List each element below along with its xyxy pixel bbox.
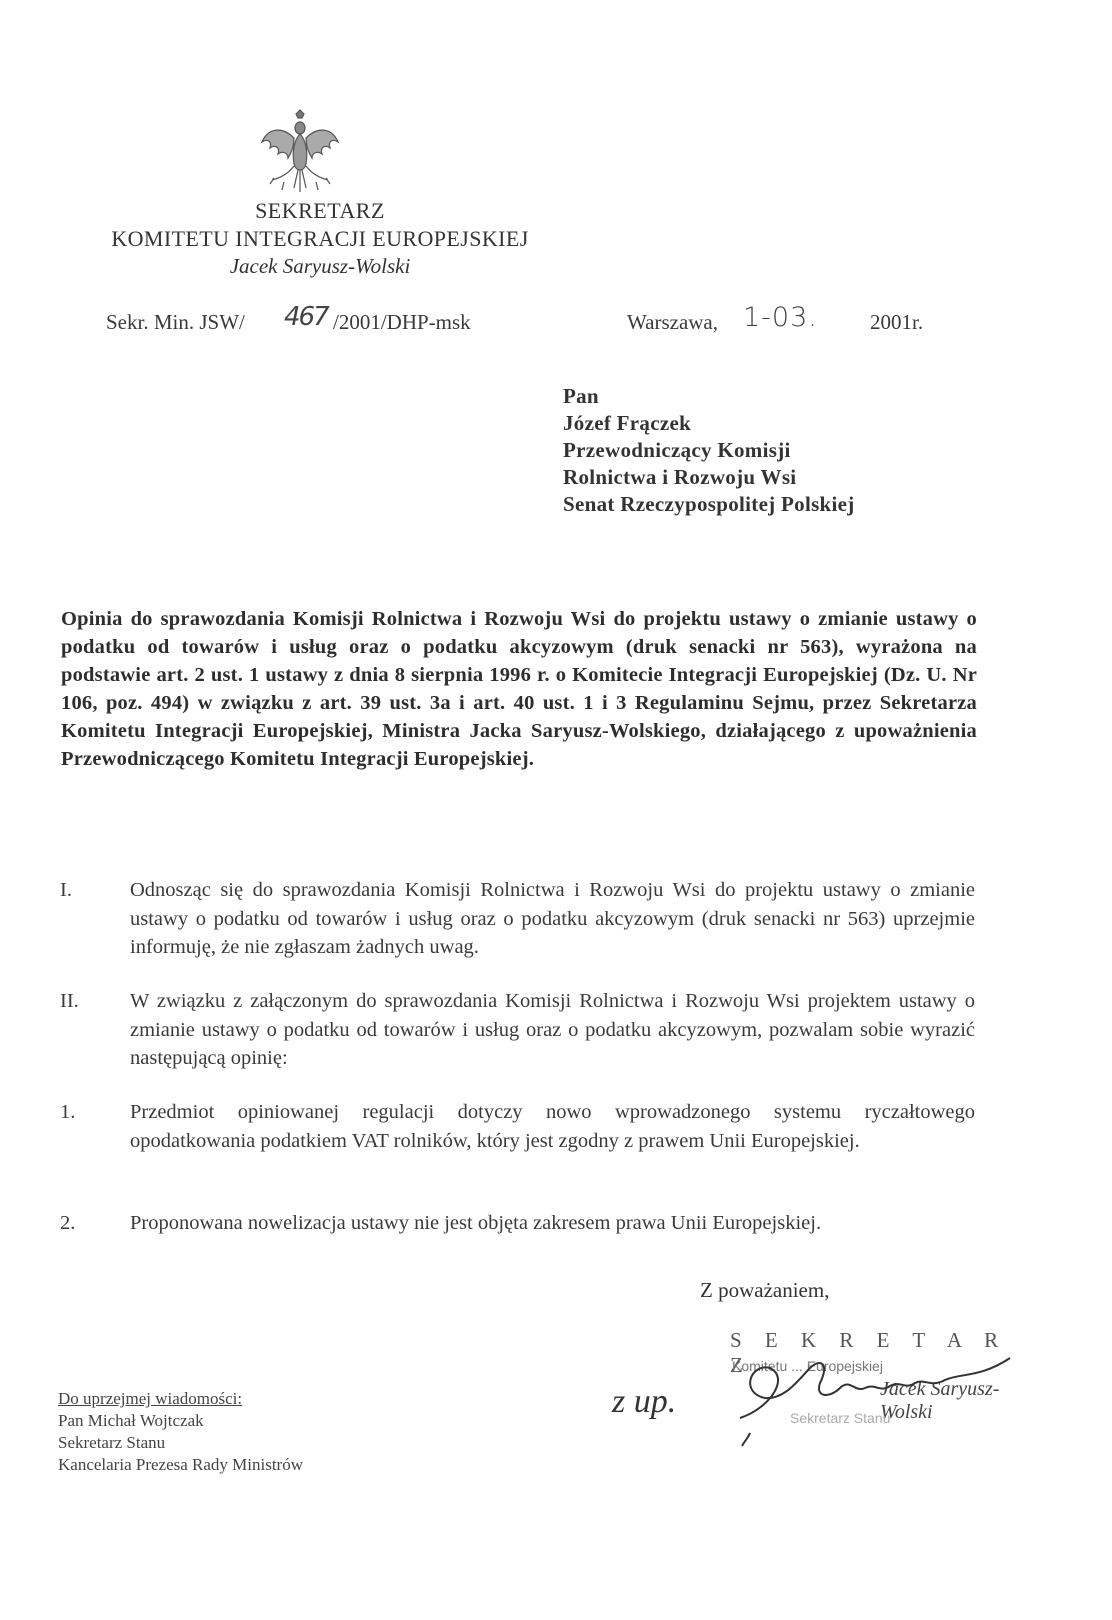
cc-line: Pan Michał Wojtczak — [58, 1410, 303, 1432]
letterhead-name: Jacek Saryusz-Wolski — [60, 254, 580, 279]
cc-block: Do uprzejmej wiadomości: Pan Michał Wojt… — [58, 1388, 303, 1476]
addressee-block: Pan Józef Frączek Przewodniczący Komisji… — [563, 383, 855, 518]
addressee-line: Rolnictwa i Rozwoju Wsi — [563, 464, 855, 491]
letterhead-title: SEKRETARZ — [60, 198, 580, 224]
place: Warszawa, — [627, 310, 718, 335]
closing-salutation: Z poważaniem, — [700, 1278, 829, 1303]
section-text: Proponowana nowelizacja ustawy nie jest … — [130, 1209, 975, 1238]
polish-eagle-emblem-icon — [258, 108, 342, 194]
section-number: 1. — [60, 1098, 120, 1127]
addressee-line: Senat Rzeczypospolitej Polskiej — [563, 491, 855, 518]
cc-title: Do uprzejmej wiadomości: — [58, 1388, 303, 1410]
section-item: I. Odnosząc się do sprawozdania Komisji … — [60, 876, 975, 962]
section-item: 1. Przedmiot opiniowanej regulacji dotyc… — [60, 1098, 975, 1155]
year: 2001r. — [870, 310, 923, 335]
reference-number-handwritten: 467 — [284, 302, 328, 332]
section-text: Odnosząc się do sprawozdania Komisji Rol… — [130, 876, 975, 962]
cc-line: Sekretarz Stanu — [58, 1432, 303, 1454]
section-number: II. — [60, 987, 120, 1016]
letterhead-office: KOMITETU INTEGRACJI EUROPEJSKIEJ — [60, 226, 580, 252]
reference-prefix: Sekr. Min. JSW/ — [106, 310, 245, 335]
date-handwritten: 1-03. — [743, 302, 818, 333]
section-item: 2. Proponowana nowelizacja ustawy nie je… — [60, 1209, 975, 1238]
signature-by-proxy: z up. — [612, 1383, 676, 1421]
addressee-line: Przewodniczący Komisji — [563, 437, 855, 464]
intro-paragraph: Opinia do sprawozdania Komisji Rolnictwa… — [61, 605, 977, 773]
signature-stamp: S E K R E T A R Z Komitetu ... Europejsk… — [730, 1318, 1030, 1448]
section-number: 2. — [60, 1209, 120, 1238]
section-text: Przedmiot opiniowanej regulacji dotyczy … — [130, 1098, 975, 1155]
addressee-line: Józef Frączek — [563, 410, 855, 437]
reference-suffix: /2001/DHP-msk — [333, 310, 471, 335]
addressee-line: Pan — [563, 383, 855, 410]
section-text: W związku z załączonym do sprawozdania K… — [130, 987, 975, 1073]
handwritten-signature-icon — [730, 1338, 1030, 1448]
section-item: II. W związku z załączonym do sprawozdan… — [60, 987, 975, 1073]
section-number: I. — [60, 876, 120, 905]
cc-line: Kancelaria Prezesa Rady Ministrów — [58, 1454, 303, 1476]
